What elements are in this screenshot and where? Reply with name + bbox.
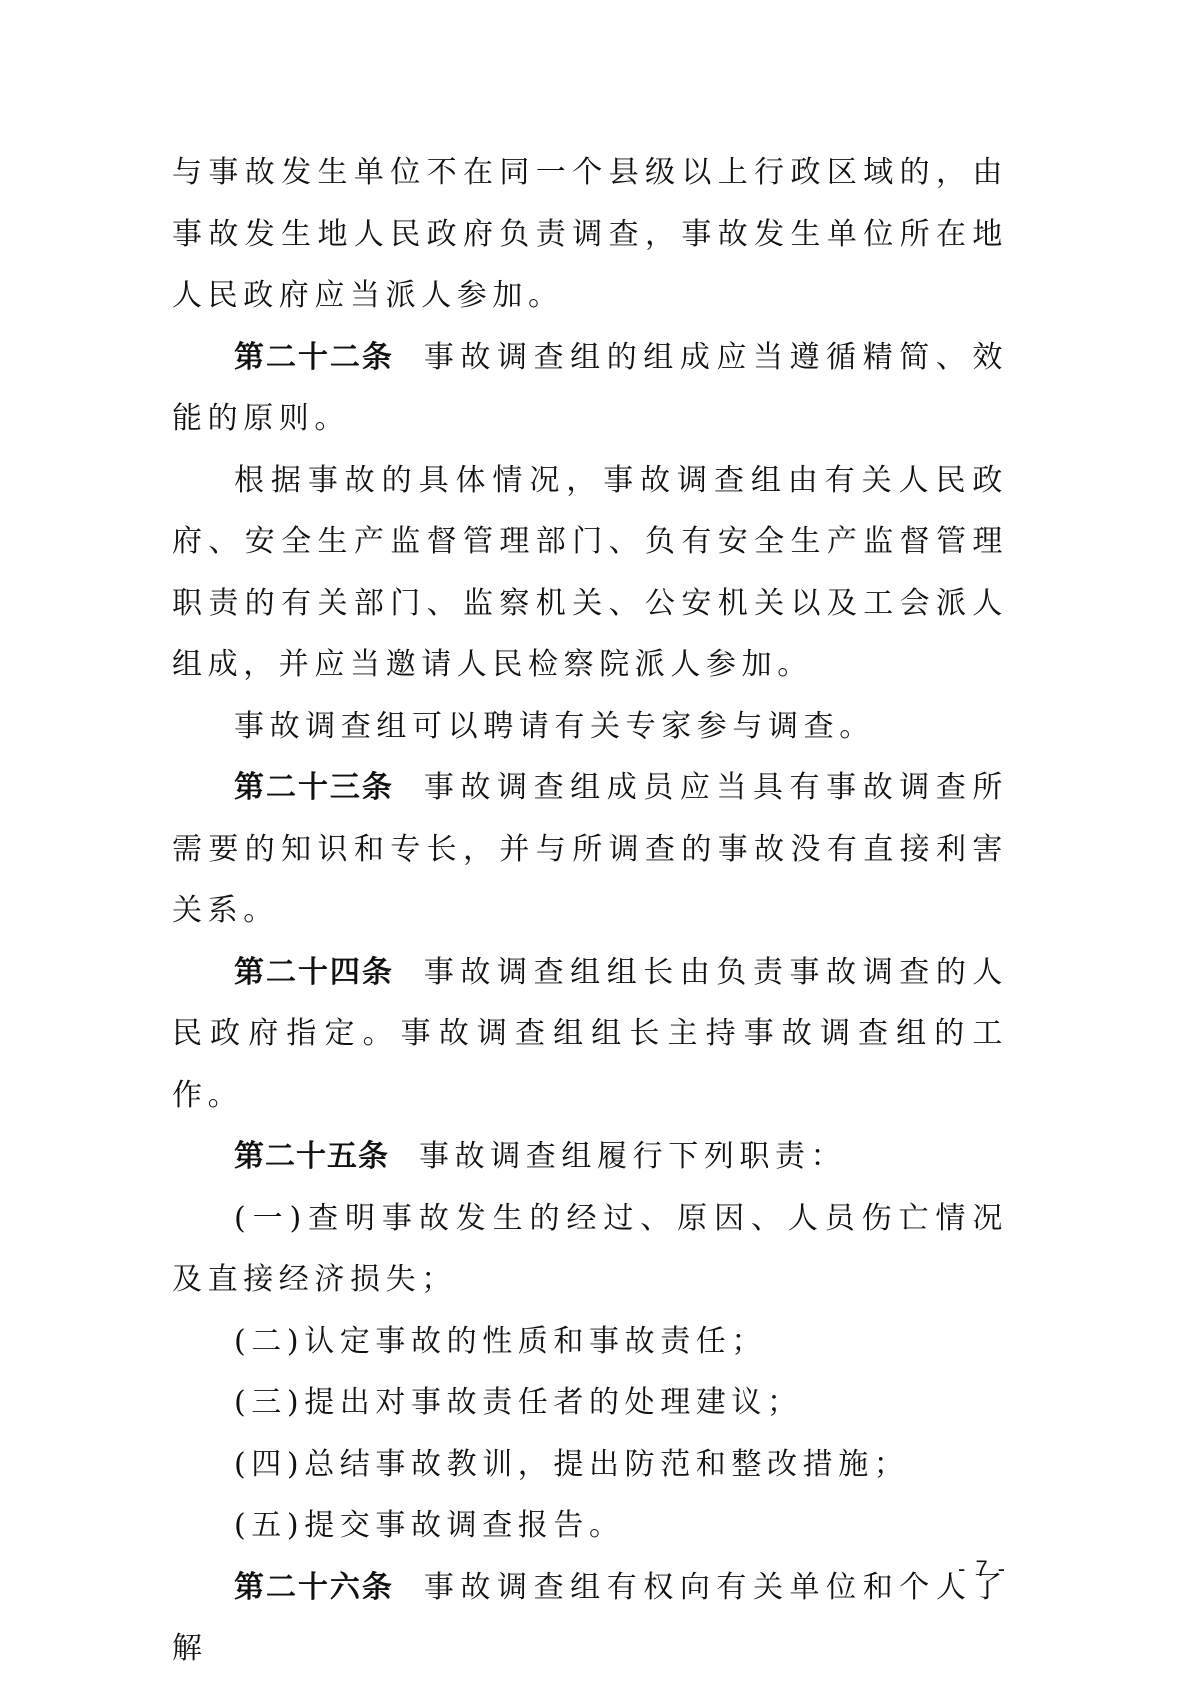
body-text: 与事故发生单位不在同一个县级以上行政区域的，由事故发生地人民政府负责调查，事故发… — [172, 142, 1008, 1680]
paragraph: 事故调查组可以聘请有关专家参与调查。 — [172, 696, 1008, 758]
article-number: 第二十三条 — [234, 770, 394, 805]
document-page: 与事故发生单位不在同一个县级以上行政区域的，由事故发生地人民政府负责调查，事故发… — [0, 0, 1190, 1683]
paragraph-article-25: 第二十五条事故调查组履行下列职责： — [172, 1126, 1008, 1188]
list-item: (四)总结事故教训，提出防范和整改措施； — [172, 1434, 1008, 1496]
page-number: - 7 - — [958, 1556, 1007, 1582]
list-item: (五)提交事故调查报告。 — [172, 1495, 1008, 1557]
paragraph-article-22: 第二十二条事故调查组的组成应当遵循精简、效能的原则。 — [172, 327, 1008, 450]
article-number: 第二十四条 — [234, 955, 394, 990]
paragraph: 根据事故的具体情况，事故调查组由有关人民政府、安全生产监督管理部门、负有安全生产… — [172, 450, 1008, 696]
paragraph-article-24: 第二十四条事故调查组组长由负责事故调查的人民政府指定。事故调查组组长主持事故调查… — [172, 942, 1008, 1127]
article-number: 第二十六条 — [234, 1570, 394, 1605]
paragraph-article-26: 第二十六条事故调查组有权向有关单位和个人了解 — [172, 1557, 1008, 1680]
list-item: (二)认定事故的性质和事故责任； — [172, 1311, 1008, 1373]
paragraph: 与事故发生单位不在同一个县级以上行政区域的，由事故发生地人民政府负责调查，事故发… — [172, 142, 1008, 327]
article-number: 第二十五条 — [234, 1139, 389, 1174]
list-item: (三)提出对事故责任者的处理建议； — [172, 1372, 1008, 1434]
article-number: 第二十二条 — [234, 340, 394, 375]
paragraph-article-23: 第二十三条事故调查组成员应当具有事故调查所需要的知识和专长，并与所调查的事故没有… — [172, 757, 1008, 942]
list-item: (一)查明事故发生的经过、原因、人员伤亡情况及直接经济损失； — [172, 1188, 1008, 1311]
